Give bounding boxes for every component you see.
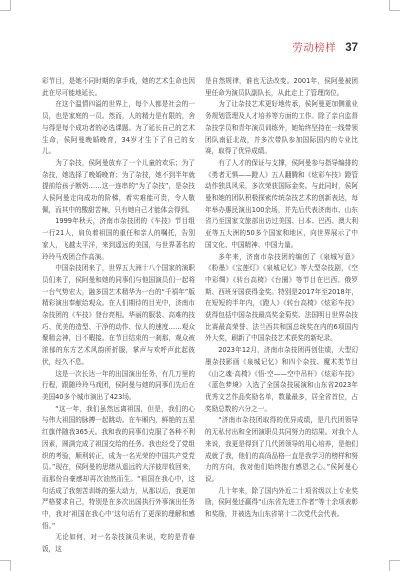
paragraph: 中国杂技团来了，世界五大洲十八个国家的演职员们来了，侯阿曼和她的同事们与他国演员… <box>42 263 195 368</box>
paragraph: 为了杂技，侯阿曼放弃了一个儿童的欢乐；为了杂技，她选择了晚婚晚育；为了杂技，她不… <box>42 158 195 217</box>
right-column: 是自然规律，谁也无法改变。2001年，侯阿曼被团里任命为演员队副队长，从此走上了… <box>205 76 358 521</box>
paragraph: 有了人才的保证与支撑，侯阿曼参与指导编排的《勇者无惧——蹬人》五人翻腾和《炫彩车… <box>205 158 358 252</box>
running-header: 劳动榜样 37 <box>292 40 358 55</box>
paragraph: “济南市杂技团取得的优异成绩，是几代团领导的无私付出和全团演职员共同努力的结果。… <box>205 415 358 485</box>
crop-mark-bottom-left <box>0 560 11 571</box>
crop-mark-top-left <box>0 0 11 11</box>
paragraph: 1999年秋天，济南市杂技团的《车技》节目组一行21人，肩负着祖国的重任和亲人的… <box>42 216 195 263</box>
page-number: 37 <box>345 42 358 54</box>
paragraph: 无论如何，对一名杂技演员来说，吃的是青春饭，这 <box>42 532 195 555</box>
left-column: 彩节目，是她不同时期的拿手戏，她的艺术生命也因此在尽可能地延长。 在这个温情四溢… <box>42 76 195 556</box>
paragraph: “这一年，我们虽然远离祖国，但是，我们的心与伟大祖国的脉搏一起跳动。在车厢内，鲜… <box>42 404 195 533</box>
paragraph: 这是一次长达一年的出国演出任务，有几万里的行程，跟随玲玲马戏团，侯阿曼与她的同事… <box>42 369 195 404</box>
section-title: 劳动榜样 <box>292 40 336 55</box>
paragraph: 几十年来，除了国内外近二十项省级以上专业奖励，侯阿曼还赢得“山东省先进工作者”等… <box>205 486 358 521</box>
paragraph: 是自然规律，谁也无法改变。2001年，侯阿曼被团里任命为演员队副队长，从此走上了… <box>205 76 358 99</box>
paragraph: 彩节目，是她不同时期的拿手戏，她的艺术生命也因此在尽可能地延长。 <box>42 76 195 99</box>
paragraph: 在这个温情四溢的世界上，每个人都是社会的一员，也是家庭的一员。然而，人的精力是有… <box>42 99 195 158</box>
crop-mark-bottom-right <box>389 560 400 571</box>
crop-mark-top-right <box>389 0 400 11</box>
paragraph: 为了让杂技艺术更好地传承，侯阿曼更加侧重业务规划管理及人才培养等方面的工作。除了… <box>205 99 358 158</box>
paragraph: 2023年12月，济南市杂技团再创佳绩，大型幻墨杂技影画《泉城记忆》和四个杂技、… <box>205 345 358 415</box>
paragraph: 多年来，济南市杂技团的编创了《泉城写意》《粉墨》《宝莲灯》《泉城记忆》等大型杂技… <box>205 252 358 346</box>
